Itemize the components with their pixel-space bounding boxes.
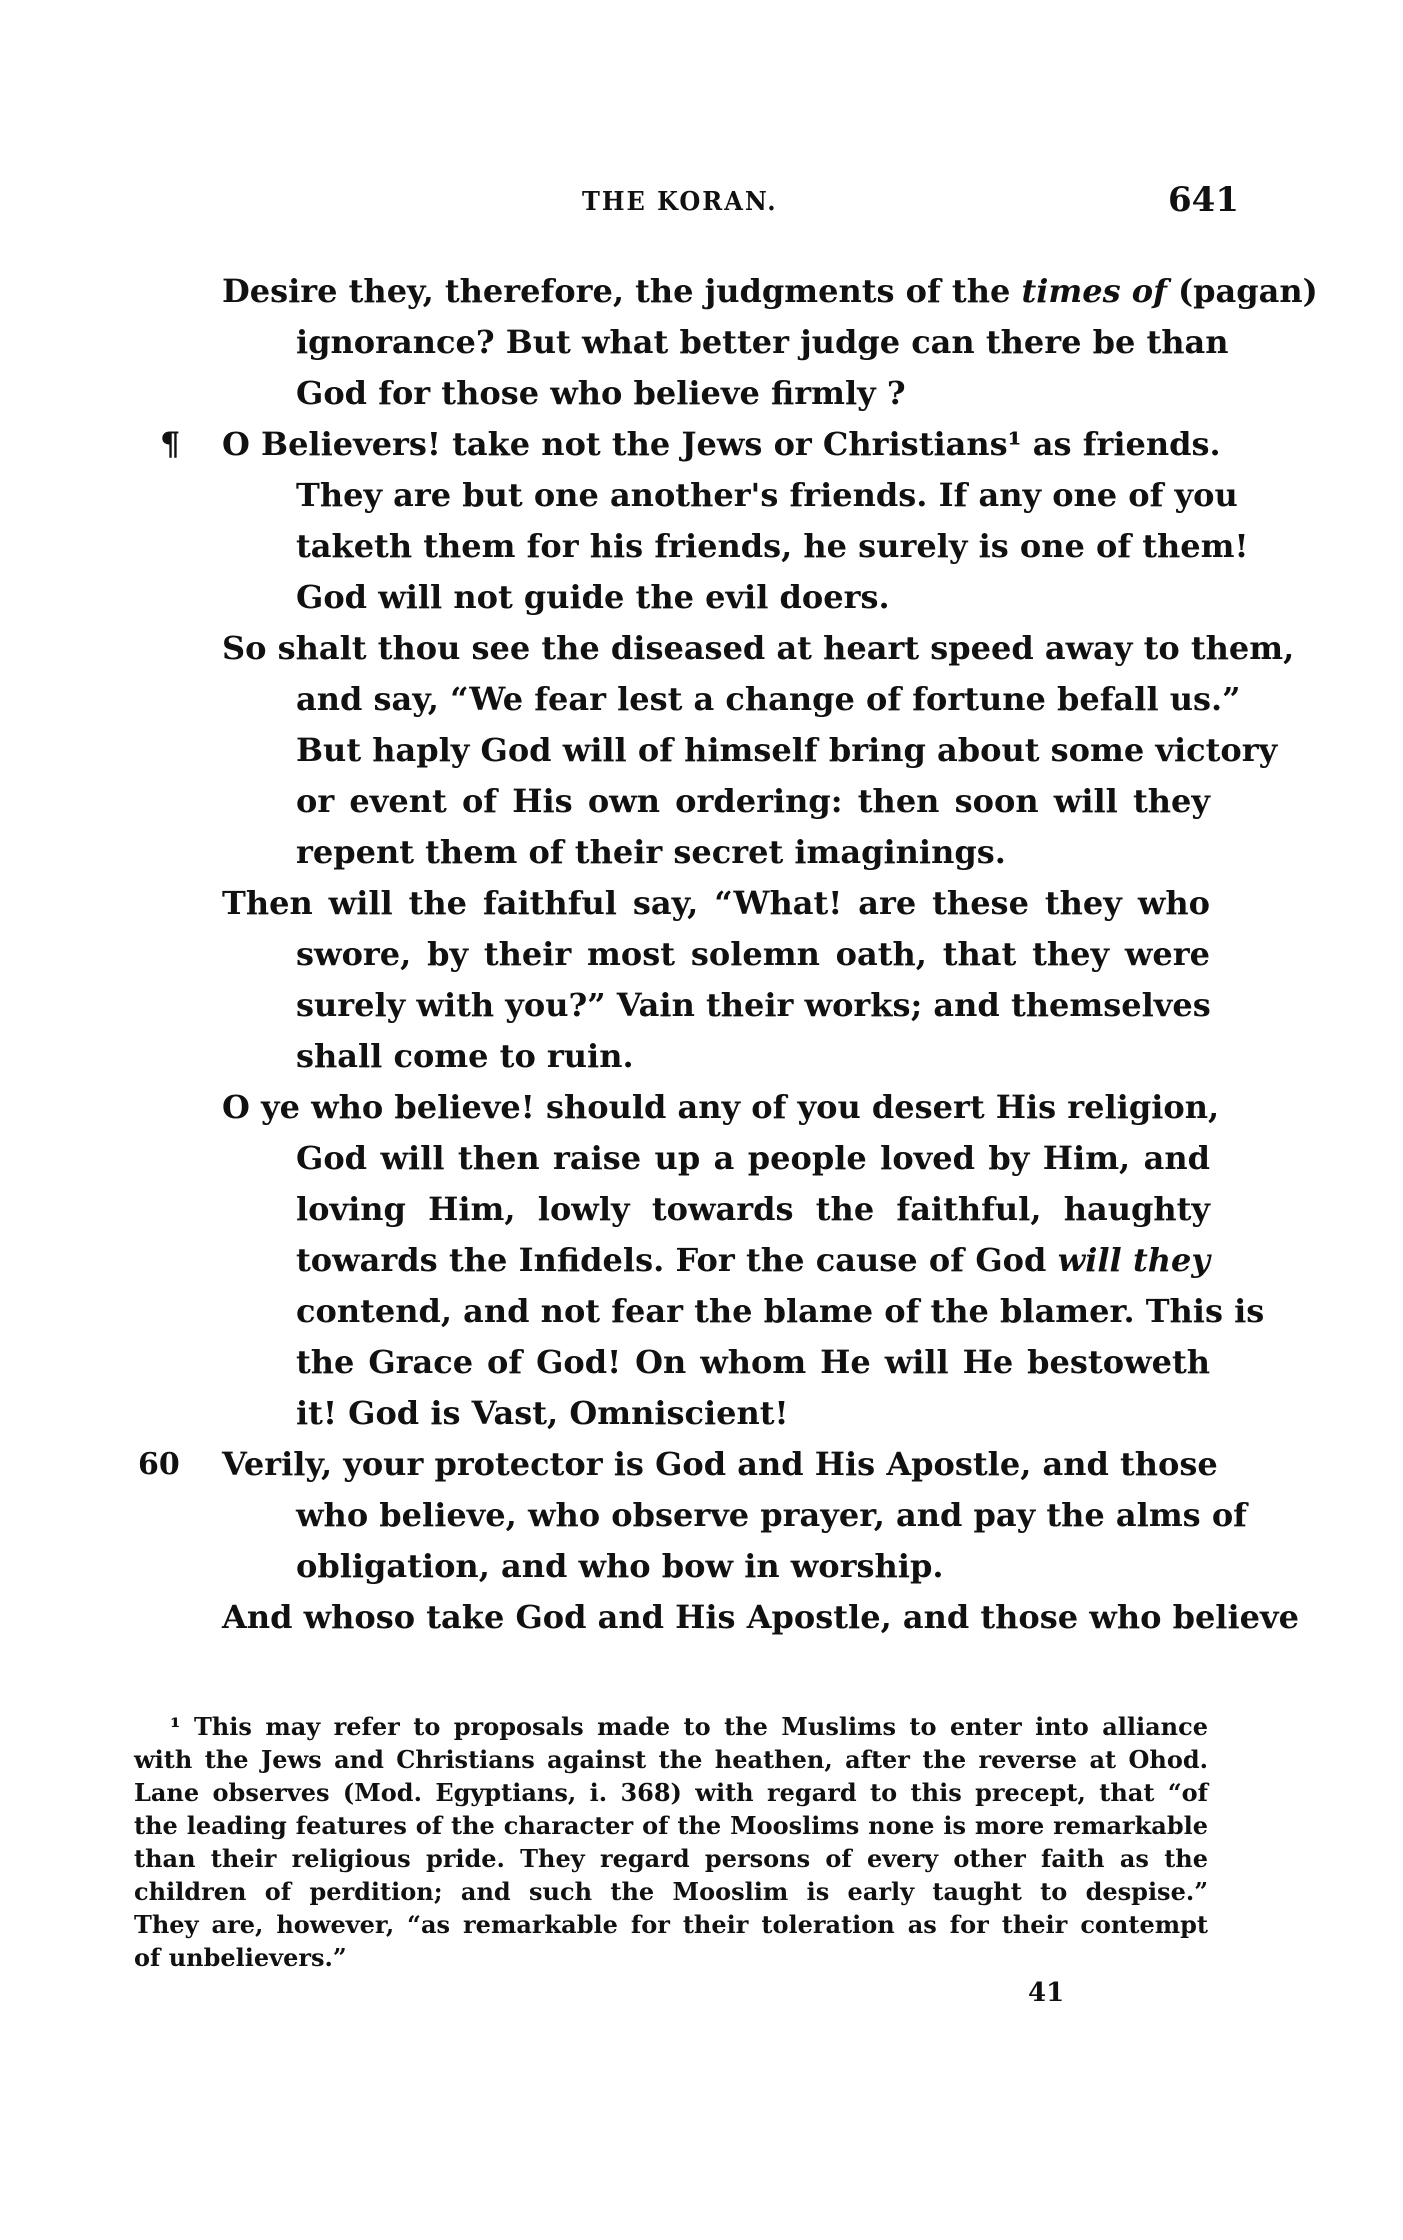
line-text: loving Him, lowly towards the faithful, … [296,1184,1210,1235]
text-line: obligation, and who bow in worship. [0,1541,1403,1592]
line-text: Desire they, therefore, the judgments of… [222,266,1210,317]
line-text: ¹ This may refer to proposals made to th… [170,1710,1208,1743]
main-text: Desire they, therefore, the judgments of… [0,266,1403,1643]
line-text: Then will the faithful say, “What! are t… [222,878,1210,929]
text-line: towards the Infidels. For the cause of G… [0,1235,1403,1286]
line-text: They are, however, “as remarkable for th… [134,1908,1208,1941]
page-number: 641 [1168,180,1239,220]
line-text: who believe, who observe prayer, and pay… [296,1490,1210,1541]
line-text: taketh them for his friends, he surely i… [296,521,1210,572]
footnote: ¹ This may refer to proposals made to th… [0,1710,1403,1974]
line-text: than their religious pride. They regard … [134,1842,1208,1875]
text-line: shall come to ruin. [0,1031,1403,1082]
text-line: who believe, who observe prayer, and pay… [0,1490,1403,1541]
footnote-line: ¹ This may refer to proposals made to th… [0,1710,1403,1743]
line-text: surely with you?” Vain their works; and … [296,980,1210,1031]
text-line: God for those who believe firmly ? [0,368,1403,419]
line-text: repent them of their secret imaginings. [296,827,1210,878]
signature-mark: 41 [1028,1978,1064,2008]
text-line: 60Verily, your protector is God and His … [0,1439,1403,1490]
footnote-line: of unbelievers.” [0,1941,1403,1974]
line-text: towards the Infidels. For the cause of G… [296,1235,1210,1286]
text-line: O ye who believe! should any of you dese… [0,1082,1403,1133]
line-text: O Believers! take not the Jews or Christ… [222,419,1210,470]
text-line: or event of His own ordering: then soon … [0,776,1403,827]
paragraph: So shalt thou see the diseased at heart … [0,623,1403,878]
text-line: ¶O Believers! take not the Jews or Chris… [0,419,1403,470]
line-text: God for those who believe firmly ? [296,368,1210,419]
paragraph: 60Verily, your protector is God and His … [0,1439,1403,1592]
line-text: shall come to ruin. [296,1031,1210,1082]
text-line: taketh them for his friends, he surely i… [0,521,1403,572]
line-text: Verily, your protector is God and His Ap… [222,1439,1210,1490]
text-line: But haply God will of himself bring abou… [0,725,1403,776]
line-text: And whoso take God and His Apostle, and … [222,1592,1210,1643]
text-line: it! God is Vast, Omniscient! [0,1388,1403,1439]
line-text: the Grace of God! On whom He will He bes… [296,1337,1210,1388]
paragraph: And whoso take God and His Apostle, and … [0,1592,1403,1643]
line-text: it! God is Vast, Omniscient! [296,1388,1210,1439]
pilcrow-icon: ¶ [160,419,180,470]
line-text: ignorance? But what better judge can the… [296,317,1210,368]
text-line: surely with you?” Vain their works; and … [0,980,1403,1031]
footnote-line: Lane observes (Mod. Egyptians, i. 368) w… [0,1776,1403,1809]
paragraph: O ye who believe! should any of you dese… [0,1082,1403,1439]
line-text: God will not guide the evil doers. [296,572,1210,623]
footnote-line: the leading features of the character of… [0,1809,1403,1842]
line-text: They are but one another's friends. If a… [296,470,1210,521]
paragraph: ¶O Believers! take not the Jews or Chris… [0,419,1403,623]
text-line: God will not guide the evil doers. [0,572,1403,623]
line-text: and say, “We fear lest a change of fortu… [296,674,1210,725]
text-line: And whoso take God and His Apostle, and … [0,1592,1403,1643]
text-line: contend, and not fear the blame of the b… [0,1286,1403,1337]
line-text: God will then raise up a people loved by… [296,1133,1210,1184]
text-line: They are but one another's friends. If a… [0,470,1403,521]
line-text: of unbelievers.” [134,1941,1208,1974]
running-title: THE KORAN. [582,185,778,217]
text-line: swore, by their most solemn oath, that t… [0,929,1403,980]
text-line: loving Him, lowly towards the faithful, … [0,1184,1403,1235]
footnote-line: children of perdition; and such the Moos… [0,1875,1403,1908]
line-text: So shalt thou see the diseased at heart … [222,623,1210,674]
text-line: ignorance? But what better judge can the… [0,317,1403,368]
text-line: So shalt thou see the diseased at heart … [0,623,1403,674]
line-text: the leading features of the character of… [134,1809,1208,1842]
text-line: God will then raise up a people loved by… [0,1133,1403,1184]
line-text: or event of His own ordering: then soon … [296,776,1210,827]
book-page: THE KORAN. 641 Desire they, therefore, t… [0,0,1403,2240]
line-text: children of perdition; and such the Moos… [134,1875,1208,1908]
verse-number: 60 [138,1439,180,1490]
paragraph: Desire they, therefore, the judgments of… [0,266,1403,419]
line-text: swore, by their most solemn oath, that t… [296,929,1210,980]
footnote-line: with the Jews and Christians against the… [0,1743,1403,1776]
text-line: repent them of their secret imaginings. [0,827,1403,878]
line-text: contend, and not fear the blame of the b… [296,1286,1210,1337]
line-text: O ye who believe! should any of you dese… [222,1082,1210,1133]
footnote-line: They are, however, “as remarkable for th… [0,1908,1403,1941]
text-line: Then will the faithful say, “What! are t… [0,878,1403,929]
line-text: Lane observes (Mod. Egyptians, i. 368) w… [134,1776,1208,1809]
footnote-line: than their religious pride. They regard … [0,1842,1403,1875]
paragraph: Then will the faithful say, “What! are t… [0,878,1403,1082]
page-header: THE KORAN. 641 [0,180,1403,220]
text-line: and say, “We fear lest a change of fortu… [0,674,1403,725]
line-text: obligation, and who bow in worship. [296,1541,1210,1592]
text-line: the Grace of God! On whom He will He bes… [0,1337,1403,1388]
text-line: Desire they, therefore, the judgments of… [0,266,1403,317]
line-text: But haply God will of himself bring abou… [296,725,1210,776]
line-text: with the Jews and Christians against the… [134,1743,1208,1776]
